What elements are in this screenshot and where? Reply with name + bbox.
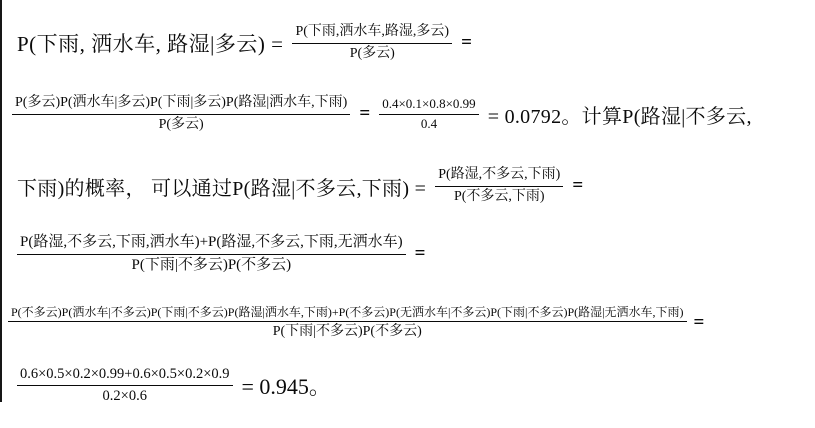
math-text: P(下雨, 洒水车, 路湿|多云) = xyxy=(17,28,283,58)
fraction: P(不多云)P(洒水车|不多云)P(下雨|不多云)P(路湿|洒水车,下雨)+P(… xyxy=(8,306,687,341)
formula-line-1: P(下雨, 洒水车, 路湿|多云) = P(下雨,洒水车,路湿,多云) P(多云… xyxy=(17,12,472,74)
fraction-denominator: 0.2×0.6 xyxy=(100,386,150,405)
fraction-numerator: P(多云)P(洒水车|多云)P(下雨|多云)P(路湿|洒水车,下雨) xyxy=(12,95,350,113)
equals-sign: = xyxy=(694,312,705,334)
fraction-numerator: P(下雨,洒水车,路湿,多云) xyxy=(292,24,452,42)
formula-line-3: 下雨)的概率， 可以通过P(路湿|不多云,下雨) = P(路湿,不多云,下雨) … xyxy=(17,158,583,214)
fraction: P(下雨,洒水车,路湿,多云) P(多云) xyxy=(292,24,452,61)
fraction-denominator: P(不多云,下雨) xyxy=(451,187,548,205)
math-text: 下雨)的概率， 可以通过P(路湿|不多云,下雨) = xyxy=(17,172,426,201)
fraction-denominator: 0.4 xyxy=(418,115,440,132)
formula-line-4: P(路湿,不多云,下雨,洒水车)+P(路湿,不多云,下雨,无洒水车) P(下雨|… xyxy=(17,224,425,284)
fraction-numerator: 0.4×0.1×0.8×0.99 xyxy=(379,97,479,114)
page-left-border xyxy=(0,0,2,402)
equals-sign: = xyxy=(359,103,370,125)
fraction-denominator: P(多云) xyxy=(347,44,398,62)
fraction-denominator: P(下雨|不多云)P(不多云) xyxy=(128,255,294,274)
math-text: = 0.0792。计算P(路湿|不多云, xyxy=(488,100,752,129)
fraction-numerator: P(路湿,不多云,下雨,洒水车)+P(路湿,不多云,下雨,无洒水车) xyxy=(17,234,406,253)
formula-line-6: 0.6×0.5×0.2×0.99+0.6×0.5×0.2×0.9 0.2×0.6… xyxy=(17,357,331,413)
document-page: P(下雨, 洒水车, 路湿|多云) = P(下雨,洒水车,路湿,多云) P(多云… xyxy=(0,0,815,428)
formula-line-5: P(不多云)P(洒水车|不多云)P(下雨|不多云)P(路湿|洒水车,下雨)+P(… xyxy=(8,296,704,350)
fraction: P(路湿,不多云,下雨) P(不多云,下雨) xyxy=(435,167,563,204)
fraction-numerator: 0.6×0.5×0.2×0.99+0.6×0.5×0.2×0.9 xyxy=(17,366,233,385)
equals-sign: = xyxy=(461,32,472,54)
math-result-text: = 0.945。 xyxy=(242,370,331,401)
formula-line-2: P(多云)P(洒水车|多云)P(下雨|多云)P(路湿|洒水车,下雨) P(多云)… xyxy=(12,86,752,142)
fraction-numerator: P(路湿,不多云,下雨) xyxy=(435,167,563,185)
fraction-numerator: P(不多云)P(洒水车|不多云)P(下雨|不多云)P(路湿|洒水车,下雨)+P(… xyxy=(8,306,687,322)
equals-sign: = xyxy=(415,243,426,265)
fraction-denominator: P(多云) xyxy=(156,115,207,133)
fraction-denominator: P(下雨|不多云)P(不多云) xyxy=(270,322,425,340)
fraction: P(多云)P(洒水车|多云)P(下雨|多云)P(路湿|洒水车,下雨) P(多云) xyxy=(12,95,350,132)
fraction: 0.6×0.5×0.2×0.99+0.6×0.5×0.2×0.9 0.2×0.6 xyxy=(17,366,233,404)
equals-sign: = xyxy=(572,175,583,197)
fraction: 0.4×0.1×0.8×0.99 0.4 xyxy=(379,97,479,132)
fraction: P(路湿,不多云,下雨,洒水车)+P(路湿,不多云,下雨,无洒水车) P(下雨|… xyxy=(17,234,406,274)
